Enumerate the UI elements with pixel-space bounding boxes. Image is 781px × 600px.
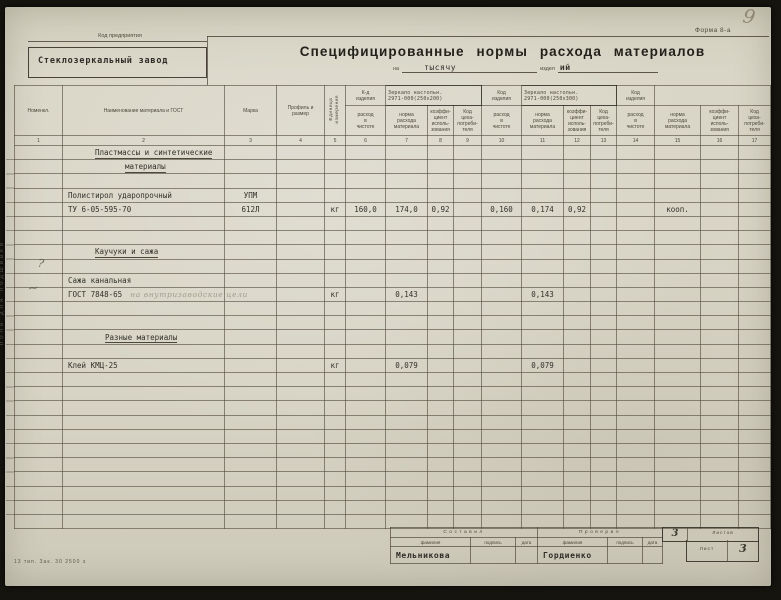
cell-c7 <box>386 259 428 273</box>
cell-c9 <box>454 245 482 259</box>
col-header-unit: Единица измерения <box>325 86 346 136</box>
cell-c6 <box>346 373 386 387</box>
cell-c6 <box>346 344 386 358</box>
table-row <box>15 443 771 457</box>
cell-c5 <box>325 514 346 528</box>
col-number-11: 11 <box>522 136 564 146</box>
cell-c1 <box>15 245 63 259</box>
cell-c10 <box>482 415 522 429</box>
table-row <box>15 486 771 500</box>
cell-c12 <box>564 188 591 202</box>
cell-c17 <box>739 202 771 216</box>
g1-sub-tsekh: Код цеха- потреби- теля <box>454 106 482 136</box>
cell-c6 <box>346 358 386 372</box>
cell-c1 <box>15 259 63 273</box>
cell-c1 <box>15 344 63 358</box>
cell-c11 <box>522 415 564 429</box>
table-row <box>15 472 771 486</box>
cell-c15 <box>655 302 701 316</box>
norms-table: Номенкл. Наименование материала и ГОСТ М… <box>14 85 771 529</box>
table-body: Пластмассы и синтетическиематериалыПолис… <box>15 146 771 529</box>
subtitle-qty-value: тысячу <box>424 63 456 72</box>
cell-c13 <box>591 401 617 415</box>
cell-c8 <box>428 302 454 316</box>
table-row: материалы <box>15 160 771 174</box>
cell-c16 <box>701 231 739 245</box>
cell-c8 <box>428 458 454 472</box>
cell-c16 <box>701 316 739 330</box>
cell-c15 <box>655 429 701 443</box>
cell-c3 <box>225 259 277 273</box>
cell-c4 <box>277 344 325 358</box>
cell-c3 <box>225 174 277 188</box>
cell-c5 <box>325 486 346 500</box>
cell-c14 <box>617 273 655 287</box>
cell-c15 <box>655 387 701 401</box>
cell-c4 <box>277 415 325 429</box>
cell-c10 <box>482 231 522 245</box>
cell-c17 <box>739 174 771 188</box>
cell-c17 <box>739 401 771 415</box>
cell-c8 <box>428 358 454 372</box>
cell-c17 <box>739 344 771 358</box>
cell-c15 <box>655 231 701 245</box>
cell-c2 <box>63 373 225 387</box>
cell-c2 <box>63 415 225 429</box>
cell-c2: Разные материалы <box>63 330 225 344</box>
cell-c7 <box>386 316 428 330</box>
cell-c11 <box>522 443 564 457</box>
cell-c6 <box>346 514 386 528</box>
cell-c10 <box>482 458 522 472</box>
cell-c7 <box>386 231 428 245</box>
cell-c17 <box>739 458 771 472</box>
table-row: Клей КМЦ-25кг0,0790,079 <box>15 358 771 372</box>
cell-c9 <box>454 387 482 401</box>
subtitle-na-label: на <box>393 66 399 72</box>
cell-c2 <box>63 401 225 415</box>
cell-c11 <box>522 458 564 472</box>
handwritten-note: на внутризаводские цели <box>130 290 248 299</box>
cell-c2 <box>63 259 225 273</box>
cell-c11 <box>522 500 564 514</box>
cell-c3 <box>225 500 277 514</box>
cell-c7 <box>386 330 428 344</box>
cell-c17 <box>739 273 771 287</box>
cell-c14 <box>617 401 655 415</box>
cell-c2 <box>63 316 225 330</box>
g1-sub-rashod: расход в чистоте <box>346 106 386 136</box>
group2-product-name: Зеркало настольн. 2971-000(250х300) <box>522 86 617 106</box>
cell-c1 <box>15 415 63 429</box>
cell-c3 <box>225 160 277 174</box>
cell-c6 <box>346 486 386 500</box>
cell-c12 <box>564 316 591 330</box>
cell-c9 <box>454 458 482 472</box>
cell-c9 <box>454 216 482 230</box>
table-row <box>15 387 771 401</box>
cell-c14 <box>617 330 655 344</box>
print-shop-note: 13 тип. Зак. 30 2500 э <box>14 559 86 565</box>
col-number-14: 14 <box>617 136 655 146</box>
cell-c9 <box>454 287 482 301</box>
cell-c9 <box>454 188 482 202</box>
filing-margin-text: поле для подшивки <box>0 205 12 380</box>
cell-c4 <box>277 188 325 202</box>
cell-c12 <box>564 302 591 316</box>
cell-c1 <box>15 202 63 216</box>
g2-sub-koeff: коэффи- циент исполь- зования <box>564 106 591 136</box>
cell-c1 <box>15 514 63 528</box>
table-row <box>15 415 771 429</box>
cell-c5 <box>325 415 346 429</box>
cell-c3 <box>225 401 277 415</box>
compiled-by-name: Мельникова <box>391 547 471 564</box>
cell-c15 <box>655 259 701 273</box>
cell-c1 <box>15 188 63 202</box>
cell-c5 <box>325 174 346 188</box>
cell-c1 <box>15 330 63 344</box>
cell-c1 <box>15 443 63 457</box>
cell-c5 <box>325 472 346 486</box>
cell-c17 <box>739 387 771 401</box>
cell-c9 <box>454 330 482 344</box>
cell-c15 <box>655 401 701 415</box>
cell-c16 <box>701 443 739 457</box>
checked-surname-label: фамилия <box>538 538 608 547</box>
cell-c5 <box>325 373 346 387</box>
cell-c13 <box>591 231 617 245</box>
cell-c13 <box>591 160 617 174</box>
cell-c2 <box>63 500 225 514</box>
cell-c4 <box>277 443 325 457</box>
cell-c9 <box>454 273 482 287</box>
cell-c15 <box>655 160 701 174</box>
cell-c2 <box>63 231 225 245</box>
form-number-label: Форма 8-а <box>695 27 731 34</box>
cell-c15: кооп. <box>655 202 701 216</box>
col-number-10: 10 <box>482 136 522 146</box>
table-row: ГОСТ 7848-65на внутризаводские целикг0,1… <box>15 287 771 301</box>
checked-by-name: Гордиенко <box>538 547 608 564</box>
cell-c7 <box>386 344 428 358</box>
cell-c13 <box>591 500 617 514</box>
cell-c6 <box>346 500 386 514</box>
cell-c4 <box>277 472 325 486</box>
table-row <box>15 429 771 443</box>
subtitle-izdel-label: издел <box>540 66 555 72</box>
g1-sub-koeff: коэффи- циент исполь- зования <box>428 106 454 136</box>
cell-c4 <box>277 259 325 273</box>
cell-c14 <box>617 415 655 429</box>
cell-c3 <box>225 302 277 316</box>
cell-c15 <box>655 415 701 429</box>
checked-signature-label: подпись <box>608 538 643 547</box>
g2-sub-tsekh: Код цеха- потреби- теля <box>591 106 617 136</box>
cell-c13 <box>591 486 617 500</box>
cell-c16 <box>701 486 739 500</box>
cell-c13 <box>591 287 617 301</box>
cell-c16 <box>701 160 739 174</box>
cell-c16 <box>701 174 739 188</box>
cell-c17 <box>739 472 771 486</box>
cell-c10 <box>482 443 522 457</box>
cell-c5 <box>325 160 346 174</box>
cell-c2: Пластмассы и синтетические <box>63 146 225 160</box>
cell-c5 <box>325 344 346 358</box>
cell-c17 <box>739 358 771 372</box>
cell-c10 <box>482 486 522 500</box>
cell-c3 <box>225 245 277 259</box>
cell-c7 <box>386 401 428 415</box>
cell-c7: 0,079 <box>386 358 428 372</box>
cell-c3: УПМ <box>225 188 277 202</box>
cell-c17 <box>739 146 771 160</box>
compiled-surname-label: фамилия <box>391 538 471 547</box>
cell-c17 <box>739 443 771 457</box>
cell-c5 <box>325 188 346 202</box>
cell-c12: 0,92 <box>564 202 591 216</box>
cell-c11 <box>522 146 564 160</box>
form-title: Специфицированные нормы расхода материал… <box>235 44 770 59</box>
cell-c11 <box>522 302 564 316</box>
cell-c1 <box>15 401 63 415</box>
cell-c14 <box>617 245 655 259</box>
cell-c6 <box>346 472 386 486</box>
col-number-5: 5 <box>325 136 346 146</box>
cell-c3 <box>225 273 277 287</box>
cell-c12 <box>564 415 591 429</box>
table-row <box>15 401 771 415</box>
cell-c8 <box>428 415 454 429</box>
cell-c10 <box>482 472 522 486</box>
cell-c6 <box>346 259 386 273</box>
cell-c16 <box>701 373 739 387</box>
cell-c3 <box>225 231 277 245</box>
cell-c12 <box>564 245 591 259</box>
cell-c14 <box>617 358 655 372</box>
table-row: ТУ 6-05-595-70612Лкг160,0174,00,920,1600… <box>15 202 771 216</box>
cell-c10 <box>482 387 522 401</box>
cell-c3 <box>225 344 277 358</box>
table-header: Номенкл. Наименование материала и ГОСТ М… <box>15 86 771 146</box>
cell-c9 <box>454 472 482 486</box>
cell-c8 <box>428 330 454 344</box>
cell-c9 <box>454 316 482 330</box>
cell-c5 <box>325 443 346 457</box>
cell-c10 <box>482 146 522 160</box>
cell-c7: 174,0 <box>386 202 428 216</box>
col-number-8: 8 <box>428 136 454 146</box>
cell-c7 <box>386 160 428 174</box>
cell-c15 <box>655 287 701 301</box>
g3-sub-tsekh: Код цеха- потреби- теля <box>739 106 771 136</box>
cell-c17 <box>739 415 771 429</box>
cell-c10 <box>482 287 522 301</box>
group2-code-label: Код изделия <box>482 86 522 106</box>
cell-c11 <box>522 231 564 245</box>
group1-code-label: К-д изделия <box>346 86 386 106</box>
cell-c7 <box>386 443 428 457</box>
cell-c10 <box>482 330 522 344</box>
cell-c14 <box>617 231 655 245</box>
cell-c8 <box>428 174 454 188</box>
cell-c1 <box>15 429 63 443</box>
cell-c17 <box>739 302 771 316</box>
cell-c5 <box>325 259 346 273</box>
cell-c14 <box>617 500 655 514</box>
cell-c9 <box>454 146 482 160</box>
table-row <box>15 174 771 188</box>
cell-c5 <box>325 458 346 472</box>
cell-c16 <box>701 287 739 301</box>
sheet-current-box: Лист 3 <box>686 540 759 562</box>
cell-c6 <box>346 316 386 330</box>
g2-sub-norma: норма расхода материала <box>522 106 564 136</box>
cell-c2: Клей КМЦ-25 <box>63 358 225 372</box>
cell-c4 <box>277 500 325 514</box>
cell-c15 <box>655 358 701 372</box>
cell-c14 <box>617 373 655 387</box>
cell-c15 <box>655 216 701 230</box>
cell-c11 <box>522 401 564 415</box>
cell-c9 <box>454 401 482 415</box>
cell-c13 <box>591 146 617 160</box>
cell-c2 <box>63 472 225 486</box>
cell-c1 <box>15 358 63 372</box>
cell-c14 <box>617 458 655 472</box>
cell-c11 <box>522 486 564 500</box>
cell-c4 <box>277 174 325 188</box>
cell-c12 <box>564 443 591 457</box>
cell-c1 <box>15 231 63 245</box>
cell-c11 <box>522 245 564 259</box>
cell-c10 <box>482 245 522 259</box>
cell-c16 <box>701 429 739 443</box>
cell-c6 <box>346 174 386 188</box>
cell-c11 <box>522 188 564 202</box>
cell-c12 <box>564 146 591 160</box>
cell-c6 <box>346 188 386 202</box>
cell-c6 <box>346 273 386 287</box>
cell-c17 <box>739 216 771 230</box>
cell-c15 <box>655 146 701 160</box>
cell-c9 <box>454 231 482 245</box>
cell-c11 <box>522 174 564 188</box>
cell-c9 <box>454 174 482 188</box>
cell-c1 <box>15 486 63 500</box>
cell-c11: 0,174 <box>522 202 564 216</box>
cell-c10 <box>482 373 522 387</box>
col-header-marka: Марка <box>225 86 277 136</box>
cell-c9 <box>454 415 482 429</box>
cell-c5 <box>325 401 346 415</box>
cell-c8 <box>428 160 454 174</box>
cell-c10 <box>482 401 522 415</box>
col-number-1: 1 <box>15 136 63 146</box>
col-number-13: 13 <box>591 136 617 146</box>
cell-c15 <box>655 316 701 330</box>
cell-c13 <box>591 358 617 372</box>
cell-c7 <box>386 302 428 316</box>
enterprise-name-box: Стеклозеркальный завод <box>28 47 207 78</box>
cell-c13 <box>591 259 617 273</box>
cell-c11 <box>522 273 564 287</box>
cell-c1 <box>15 273 63 287</box>
table-row <box>15 458 771 472</box>
checked-date-cell <box>643 547 663 564</box>
cell-c15 <box>655 486 701 500</box>
cell-c5 <box>325 500 346 514</box>
cell-c2 <box>63 514 225 528</box>
cell-c12 <box>564 458 591 472</box>
compiled-signature-cell <box>471 547 516 564</box>
cell-c8: 0,92 <box>428 202 454 216</box>
col-number-9: 9 <box>454 136 482 146</box>
cell-c12 <box>564 500 591 514</box>
cell-c14 <box>617 174 655 188</box>
cell-c2 <box>63 302 225 316</box>
cell-c12 <box>564 358 591 372</box>
cell-c10 <box>482 429 522 443</box>
cell-c12 <box>564 387 591 401</box>
cell-c12 <box>564 216 591 230</box>
cell-c3 <box>225 146 277 160</box>
cell-c11 <box>522 472 564 486</box>
cell-c12 <box>564 472 591 486</box>
cell-c14 <box>617 387 655 401</box>
cell-c12 <box>564 160 591 174</box>
compiled-signature-label: подпись <box>471 538 516 547</box>
cell-c4 <box>277 486 325 500</box>
cell-c6 <box>346 429 386 443</box>
cell-c7 <box>386 146 428 160</box>
cell-c4 <box>277 330 325 344</box>
group1-product-name: Зеркало настольн. 2971-000(250х200) <box>386 86 482 106</box>
cell-c14 <box>617 302 655 316</box>
cell-c6 <box>346 160 386 174</box>
cell-c4 <box>277 302 325 316</box>
cell-c15 <box>655 174 701 188</box>
cell-c7 <box>386 429 428 443</box>
cell-c15 <box>655 458 701 472</box>
cell-c3 <box>225 514 277 528</box>
cell-c16 <box>701 401 739 415</box>
cell-c13 <box>591 415 617 429</box>
cell-c6: 160,0 <box>346 202 386 216</box>
cell-c4 <box>277 160 325 174</box>
cell-c11 <box>522 216 564 230</box>
sheets-total-value: 3 <box>663 528 688 541</box>
cell-c4 <box>277 514 325 528</box>
cell-c1 <box>15 316 63 330</box>
cell-c4 <box>277 458 325 472</box>
cell-c9 <box>454 500 482 514</box>
cell-c8 <box>428 472 454 486</box>
cell-c9 <box>454 486 482 500</box>
cell-c1 <box>15 472 63 486</box>
cell-c6 <box>346 287 386 301</box>
cell-c8 <box>428 500 454 514</box>
cell-c13 <box>591 373 617 387</box>
cell-c8 <box>428 387 454 401</box>
cell-c4 <box>277 216 325 230</box>
cell-c10 <box>482 500 522 514</box>
cell-c14 <box>617 202 655 216</box>
col-number-15: 15 <box>655 136 701 146</box>
cell-c14 <box>617 486 655 500</box>
cell-c12 <box>564 287 591 301</box>
